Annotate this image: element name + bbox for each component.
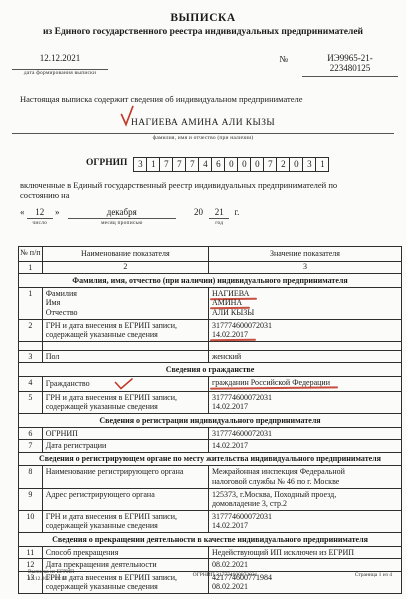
included-text: включенные в Единый государственный реес…	[20, 180, 352, 201]
ogrnip-digit: 1	[315, 157, 329, 172]
ogrnip-digit: 1	[146, 157, 160, 172]
ogrnip-digit: 0	[224, 157, 238, 172]
section-title: Сведения о прекращении деятельности в ка…	[19, 533, 402, 547]
table-row: 8 Наименование регистрирующего органа Ме…	[19, 466, 402, 488]
date-year-caption: год	[209, 220, 229, 226]
colnum-3: 3	[208, 261, 401, 274]
table-header-row: № п/п Наименование показателя Значение п…	[19, 246, 402, 261]
table-row: 4 Гражданство гражданин Российской Федер…	[19, 376, 402, 391]
ogrnip-digit-boxes: 317774600072031	[134, 154, 329, 172]
ogrnip-digit: 7	[159, 157, 173, 172]
name-line: содержащей указанные сведения	[46, 330, 205, 340]
row-value: 317774600072031 14.02.2017	[208, 391, 401, 413]
row-value: 317774600072031	[208, 427, 401, 440]
name-line: ГРН и дата внесения в ЕГРИП записи,	[46, 393, 205, 403]
section-title: Сведения о регистрации индивидуального п…	[19, 414, 402, 428]
footer-doc-type: Выписка из ЕГРИП	[28, 569, 138, 576]
ogrnip-row: ОГРНИП 317774600072031	[86, 154, 406, 172]
row-name: Наименование регистрирующего органа	[42, 466, 208, 488]
value-line: 14.02.2017	[212, 521, 398, 531]
table-row: 11 Способ прекращения Недействующий ИП и…	[19, 546, 402, 559]
col-header-value: Значение показателя	[208, 246, 401, 261]
ogrnip-digit: 3	[302, 157, 316, 172]
section-row: Сведения о регистрирующем органе по мест…	[19, 452, 402, 466]
value-line: АМИНА	[212, 298, 242, 308]
col-header-num: № п/п	[19, 246, 43, 261]
value-line: 14.02.2017	[212, 330, 248, 340]
page-title: ВЫПИСКА	[0, 12, 406, 24]
spacer-row	[19, 341, 402, 350]
table-row: 5 ГРН и дата внесения в ЕГРИП записи, со…	[19, 391, 402, 413]
as-of-date-line: « 12 число » декабря месяц прописью 20 2…	[20, 207, 406, 226]
date-year-suffix: г.	[235, 207, 240, 217]
value-line: 317774600072031	[212, 512, 398, 522]
value-line: 317774600072031	[212, 321, 398, 331]
ogrnip-digit: 4	[198, 157, 212, 172]
row-num: 11	[19, 546, 43, 559]
ogrnip-digit: 3	[133, 157, 147, 172]
quote-close: »	[55, 207, 60, 217]
footer-timestamp: 12.12.2021 13:12	[28, 576, 138, 583]
row-num: 2	[19, 319, 43, 341]
col-header-name: Наименование показателя	[42, 246, 208, 261]
section-row: Сведения о прекращении деятельности в ка…	[19, 533, 402, 547]
ogrnip-digit: 0	[289, 157, 303, 172]
name-caption: фамилия, имя и отчество (при наличии)	[0, 135, 406, 141]
section-row: Сведения о регистрации индивидуального п…	[19, 414, 402, 428]
value-line: 08.02.2021	[212, 582, 398, 592]
name-line: содержащей указанные сведения	[46, 582, 205, 592]
table-row: 6 ОГРНИП 317774600072031	[19, 427, 402, 440]
name-line: содержащей указанные сведения	[46, 402, 205, 412]
name-line: Отчество	[46, 308, 205, 318]
table-row: 3 Пол женский	[19, 350, 402, 363]
document-number-block: № ИЭ9965-21- 223480125	[279, 53, 398, 77]
name-line: Гражданство	[46, 379, 90, 388]
entrepreneur-name-line: НАГИЕВА АМИНА АЛИ КЫЗЫ	[12, 112, 394, 134]
value-line: 14.02.2017	[212, 402, 398, 412]
row-name: ГРН и дата внесения в ЕГРИП записи, соде…	[42, 510, 208, 532]
row-num: 9	[19, 488, 43, 510]
ogrnip-digit: 7	[172, 157, 186, 172]
name-line: содержащей указанные сведения	[46, 521, 205, 531]
document-number-line1: ИЭ9965-21-	[302, 53, 398, 63]
date-day-caption: число	[27, 220, 53, 226]
colnum-2: 2	[42, 261, 208, 274]
section-row: Фамилия, имя, отчество (при наличии) инд…	[19, 274, 402, 288]
row-num: 7	[19, 440, 43, 453]
row-value: гражданин Российской Федерации	[208, 376, 401, 391]
row-name: Гражданство	[42, 376, 208, 391]
row-value: 14.02.2017	[208, 440, 401, 453]
ogrnip-digit: 7	[185, 157, 199, 172]
row-name: ГРН и дата внесения в ЕГРИП записи, соде…	[42, 391, 208, 413]
date-century: 20	[194, 207, 203, 217]
page-footer: Выписка из ЕГРИП 12.12.2021 13:12 ОГРНИП…	[0, 569, 406, 583]
ogrnip-digit: 7	[263, 157, 277, 172]
row-num: 6	[19, 427, 43, 440]
row-name: Фамилия Имя Отчество	[42, 287, 208, 319]
red-checkmark-icon	[114, 378, 134, 390]
value-line: АЛИ КЫЗЫ	[212, 308, 398, 318]
ogrnip-digit: 0	[250, 157, 264, 172]
section-row: Сведения о гражданстве	[19, 363, 402, 377]
row-num: 8	[19, 466, 43, 488]
date-month: декабря	[68, 207, 176, 219]
colnum-1: 1	[19, 261, 43, 274]
date-month-caption: месяц прописью	[68, 220, 176, 226]
row-value: 317774600072031 14.02.2017	[208, 319, 401, 341]
document-number: ИЭ9965-21- 223480125	[302, 53, 398, 77]
row-name: ГРН и дата внесения в ЕГРИП записи, соде…	[42, 319, 208, 341]
indicators-table: № п/п Наименование показателя Значение п…	[18, 246, 402, 594]
table-row: 9 Адрес регистрирующего органа 125373, г…	[19, 488, 402, 510]
ogrnip-label: ОГРНИП	[86, 158, 127, 168]
row-num: 3	[19, 350, 43, 363]
date-day-segment: 12 число	[27, 207, 53, 226]
name-line: ГРН и дата внесения в ЕГРИП записи,	[46, 512, 205, 522]
row-value: Недействующий ИП исключен из ЕГРИП	[208, 546, 401, 559]
red-checkmark-icon	[120, 105, 134, 126]
table-row: 1 Фамилия Имя Отчество НАГИЕВА АМИНА АЛИ…	[19, 287, 402, 319]
section-title: Фамилия, имя, отчество (при наличии) инд…	[19, 274, 402, 288]
row-name: Адрес регистрирующего органа	[42, 488, 208, 510]
row-value: 317774600072031 14.02.2017	[208, 510, 401, 532]
date-year-segment: 21 год	[209, 207, 229, 226]
form-date-caption: дата формирования выписки	[12, 70, 108, 76]
date-month-segment: декабря месяц прописью	[68, 207, 176, 226]
section-title: Сведения о регистрирующем органе по мест…	[19, 452, 402, 466]
ogrnip-digit: 6	[211, 157, 225, 172]
table-colnum-row: 1 2 3	[19, 261, 402, 274]
name-line: Имя	[46, 298, 205, 308]
number-sign: №	[279, 54, 288, 64]
ogrnip-digit: 0	[237, 157, 251, 172]
name-line: ГРН и дата внесения в ЕГРИП записи,	[46, 321, 205, 331]
row-num: 10	[19, 510, 43, 532]
form-date-block: 12.12.2021 дата формирования выписки	[12, 53, 108, 77]
row-num: 1	[19, 287, 43, 319]
value-line: 317774600072031	[212, 393, 398, 403]
document-number-line2: 223480125	[302, 63, 398, 73]
value-line: НАГИЕВА	[212, 289, 249, 299]
section-title: Сведения о гражданстве	[19, 363, 402, 377]
row-value: женский	[208, 350, 401, 363]
ogrnip-digit: 2	[276, 157, 290, 172]
name-line: Фамилия	[46, 289, 205, 299]
value-line: гражданин Российской Федерации	[212, 378, 330, 388]
date-year: 21	[209, 207, 229, 219]
row-name: Дата регистрации	[42, 440, 208, 453]
value-line: налоговой службы № 46 по г. Москве	[212, 477, 398, 487]
table-row: 10 ГРН и дата внесения в ЕГРИП записи, с…	[19, 510, 402, 532]
row-value: Межрайонная инспекция Федеральной налого…	[208, 466, 401, 488]
row-name: Способ прекращения	[42, 546, 208, 559]
row-num: 5	[19, 391, 43, 413]
form-date: 12.12.2021	[12, 53, 108, 70]
row-value: НАГИЕВА АМИНА АЛИ КЫЗЫ	[208, 287, 401, 319]
row-value: 125373, г.Москва, Походный проезд, домов…	[208, 488, 401, 510]
egrip-extract-document: ВЫПИСКА из Единого государственного реес…	[0, 0, 406, 599]
entrepreneur-name: НАГИЕВА АМИНА АЛИ КЫЗЫ	[131, 118, 275, 128]
row-name: ОГРНИП	[42, 427, 208, 440]
quote-open: «	[20, 207, 25, 217]
meta-row: 12.12.2021 дата формирования выписки № И…	[12, 53, 398, 77]
value-line: 125373, г.Москва, Походный проезд,	[212, 490, 398, 500]
footer-left: Выписка из ЕГРИП 12.12.2021 13:12	[28, 569, 138, 583]
page-subtitle: из Единого государственного реестра инди…	[0, 27, 406, 37]
value-line: домовладение 3, стр.2	[212, 499, 398, 509]
row-name: Пол	[42, 350, 208, 363]
row-num: 4	[19, 376, 43, 391]
footer-ogrnip: ОГРНИП 317774600072031	[138, 572, 312, 578]
table-row: 7 Дата регистрации 14.02.2017	[19, 440, 402, 453]
footer-page-number: Страница 1 из 4	[312, 572, 392, 578]
date-day: 12	[27, 207, 53, 219]
intro-text: Настоящая выписка содержит сведения об и…	[20, 94, 386, 104]
value-line: Межрайонная инспекция Федеральной	[212, 467, 398, 477]
table-row: 2 ГРН и дата внесения в ЕГРИП записи, со…	[19, 319, 402, 341]
